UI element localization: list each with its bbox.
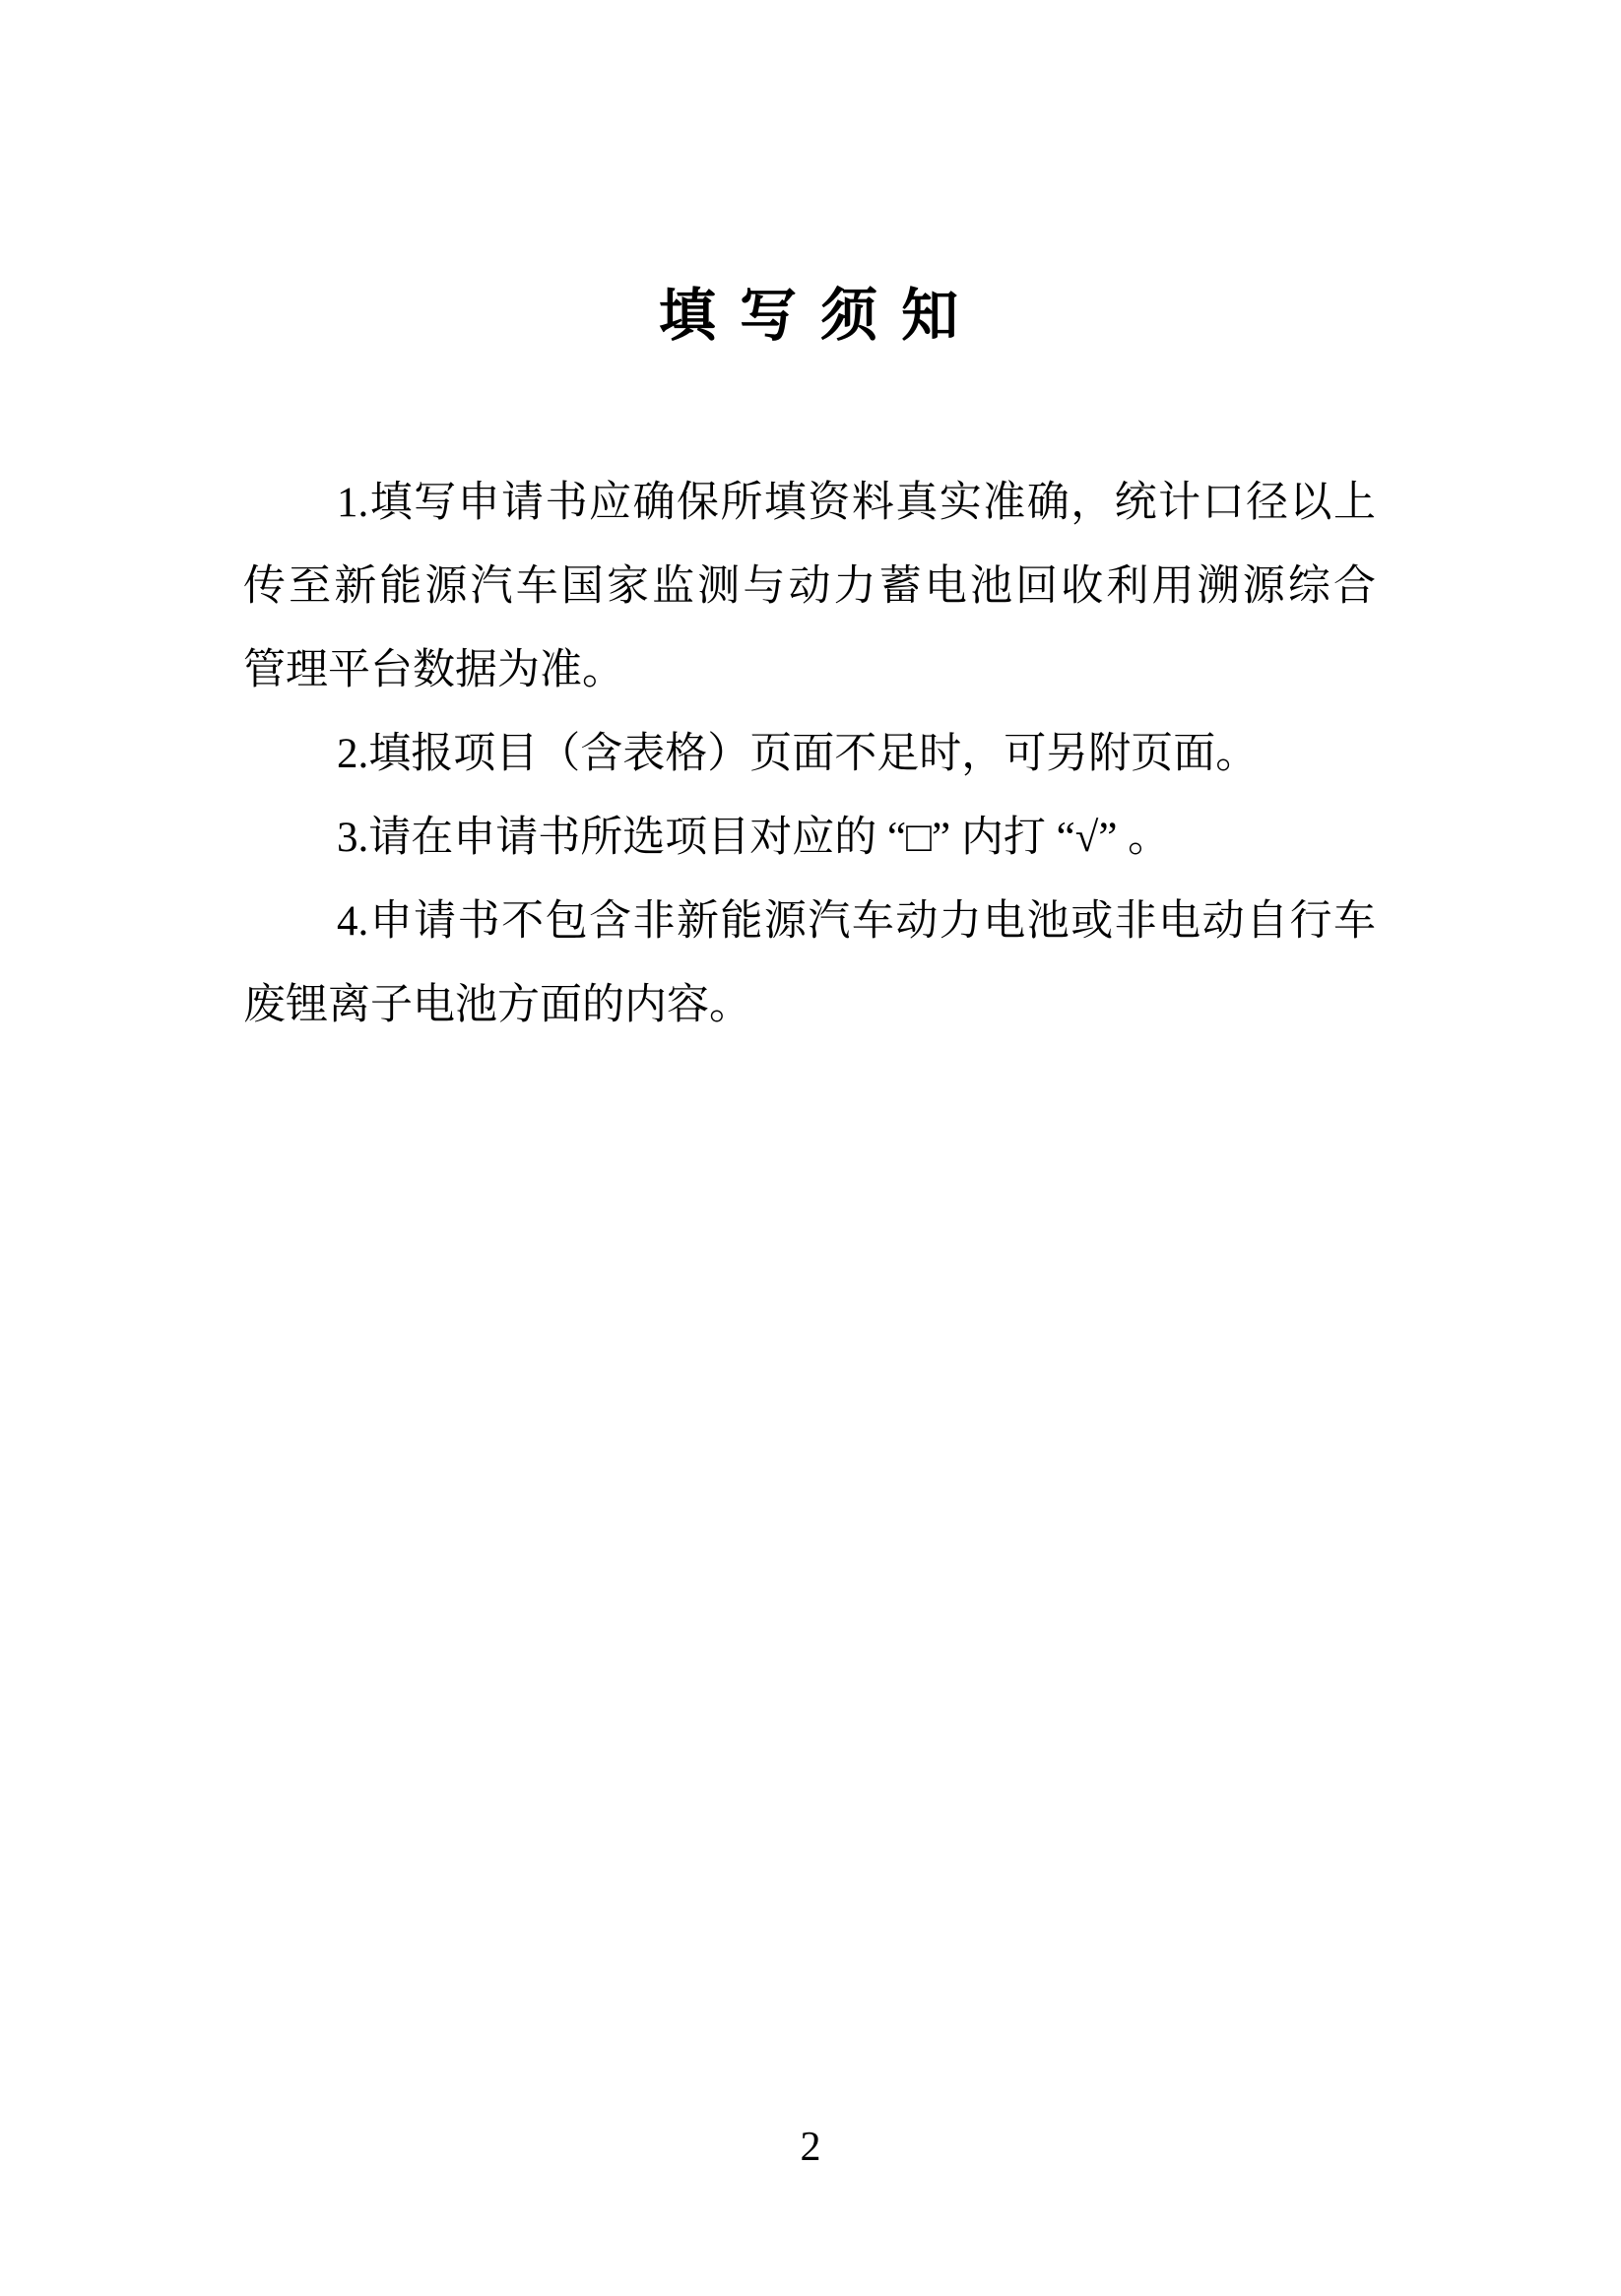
notice-item-2: 2.填报项目（含表格）页面不足时，可另附页面。 — [243, 712, 1376, 796]
notice-item-4: 4.申请书不包含非新能源汽车动力电池或非电动自行车 废锂离子电池方面的内容。 — [243, 880, 1376, 1047]
notice-item-3: 3.请在申请书所选项目对应的 “□” 内打 “√” 。 — [243, 796, 1376, 880]
text-line: 4.申请书不包含非新能源汽车动力电池或非电动自行车 — [243, 880, 1376, 963]
notice-body: 1.填写申请书应确保所填资料真实准确，统计口径以上 传至新能源汽车国家监测与动力… — [243, 461, 1376, 1047]
notice-item-1: 1.填写申请书应确保所填资料真实准确，统计口径以上 传至新能源汽车国家监测与动力… — [243, 461, 1376, 712]
text-line: 管理平台数据为准。 — [243, 628, 1376, 712]
text-line: 3.请在申请书所选项目对应的 “□” 内打 “√” 。 — [243, 796, 1376, 880]
page-title: 填 写 须 知 — [0, 282, 1621, 351]
page-number: 2 — [0, 2124, 1621, 2171]
text-line: 1.填写申请书应确保所填资料真实准确，统计口径以上 — [243, 461, 1376, 545]
text-line: 废锂离子电池方面的内容。 — [243, 963, 1376, 1047]
text-line: 2.填报项目（含表格）页面不足时，可另附页面。 — [243, 712, 1376, 796]
document-page: 填 写 须 知 1.填写申请书应确保所填资料真实准确，统计口径以上 传至新能源汽… — [0, 0, 1621, 2296]
text-line: 传至新能源汽车国家监测与动力蓄电池回收利用溯源综合 — [243, 545, 1376, 628]
